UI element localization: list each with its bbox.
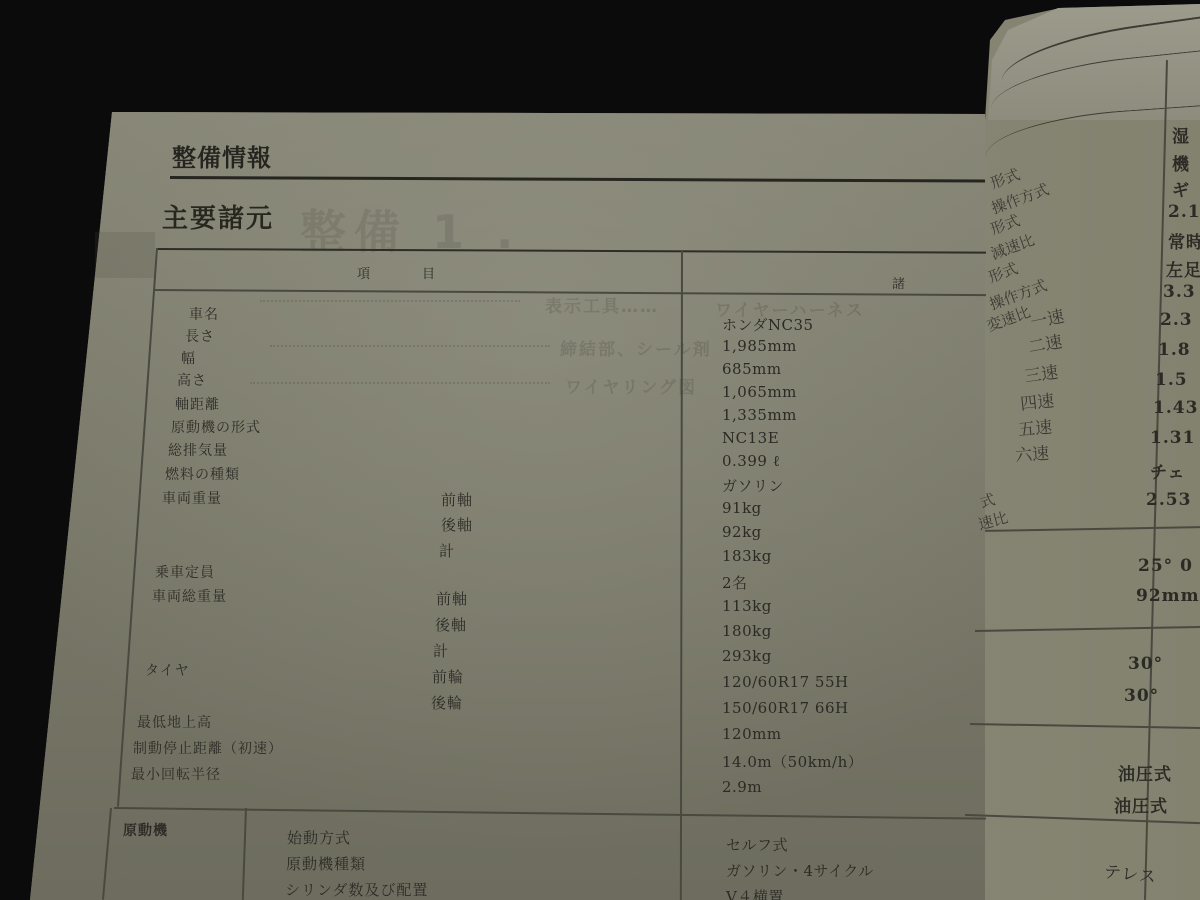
right-value: 油圧式 [1118,760,1172,785]
engine-spec-label: 始動方式 [287,827,351,848]
right-value: 1.8 [1158,340,1191,360]
right-value: 左足 [1166,256,1200,281]
right-value: 1.31 [1150,428,1195,448]
right-value: 油圧式 [1114,792,1168,817]
right-value: ギ [1172,176,1190,201]
gear-label: 四速 [1019,386,1055,414]
spec-value: ホンダNC35 [722,314,814,335]
spec-sublabel: 計 [433,640,449,661]
column-header-spec: 諸 [892,273,905,292]
engine-group-label: 原動機 [123,820,168,840]
column-header-item: 項 目 [357,263,435,282]
right-value: 3.3 [1163,282,1196,302]
spec-value: 1,065mm [722,383,797,401]
spec-value: 120mm [722,725,782,743]
right-value: 湿 [1172,122,1190,147]
spec-sublabel: 後軸 [435,614,467,635]
right-value: 機 [1172,150,1190,175]
bleed-through-text: ワイヤリング図 [565,373,697,398]
spec-label: 総排気量 [168,440,228,460]
spec-value: 1,335mm [722,406,797,424]
right-value: 30° [1128,654,1163,674]
photo-scene: 形式 操作方式 形式 減速比 形式 操作方式 変速比 一速 二速 三速 四速 五… [0,0,1200,900]
spec-value: 685mm [722,360,782,378]
spec-label: 車名 [189,304,219,324]
gear-label: 三速 [1022,358,1059,387]
right-value: 1.43 [1153,398,1198,418]
spec-sublabel: 前軸 [441,489,473,510]
bleed-through-chapter: 整備 1 . [300,196,522,262]
engine-spec-value: ガソリン・4サイクル [726,860,874,881]
spec-value: 2.9m [722,778,762,796]
spec-value: 293kg [722,647,772,665]
gear-label: 六速 [1014,439,1050,466]
spec-label: 燃料の種類 [165,464,240,484]
spec-label: タイヤ [145,660,190,680]
bleed-through-leader [250,382,550,384]
engine-spec-label: 原動機種類 [286,853,366,874]
right-value: 30° [1124,686,1159,706]
spec-value: 120/60R17 55H [722,673,849,691]
right-value: 2.3 [1160,310,1193,330]
spec-label: 幅 [181,348,196,368]
right-value: 2.1 [1168,202,1200,222]
spec-value: 1,985mm [722,337,797,355]
spec-label: 高さ [177,370,207,390]
bleed-through-text: 表示工具…… [545,292,659,317]
spec-label: 制動停止距離（初速） [133,738,283,758]
spec-value: 183kg [722,547,772,565]
engine-spec-value: セルフ式 [726,834,788,855]
spec-label: 長さ [185,326,215,346]
spec-value: 113kg [722,597,772,615]
right-value: チェ [1150,458,1186,483]
bleed-through-leader [260,300,520,302]
spec-value: 180kg [722,622,772,640]
spec-value: 150/60R17 66H [722,699,849,717]
spec-value: 92kg [722,523,762,541]
spec-label: 軸距離 [175,394,220,414]
right-value: 1.5 [1155,370,1188,390]
bleed-through-leader [270,345,550,347]
spec-label: 車両重量 [162,488,222,508]
spec-label: 乗車定員 [155,562,215,582]
right-value: 常時 [1168,228,1200,253]
right-value: 25° 0 [1138,556,1193,576]
spec-value: 91kg [722,499,762,517]
bleed-through-text: 締結部、シール剤 [560,335,712,360]
spec-value: NC13E [722,429,779,447]
engine-spec-label: シリンダ数及び配置 [285,879,428,900]
right-value: 92mm [1136,586,1200,606]
spec-label: 原動機の形式 [171,417,261,437]
spec-sublabel: 計 [439,540,455,561]
bleed-through-mark [95,232,155,278]
right-value: 2.53 [1146,490,1191,510]
section-title: 整備情報 [172,138,272,173]
spec-label: 車両総重量 [152,586,227,606]
spec-sublabel: 後輪 [431,692,463,713]
spec-label: 最小回転半径 [131,764,221,784]
document-title: 主要諸元 [162,198,274,235]
spec-value: 14.0m（50km/h） [722,751,863,772]
spec-label: 最低地上高 [137,712,212,732]
gear-label: 五速 [1017,413,1053,441]
spec-sublabel: 前輪 [432,666,464,687]
engine-spec-value: V４横置 [726,886,784,900]
spec-sublabel: 後軸 [441,514,473,535]
spec-value: ガソリン [722,475,784,496]
spec-value: 0.399 ℓ [722,452,780,471]
spec-sublabel: 前軸 [436,588,468,609]
spec-value: 2名 [722,572,748,593]
